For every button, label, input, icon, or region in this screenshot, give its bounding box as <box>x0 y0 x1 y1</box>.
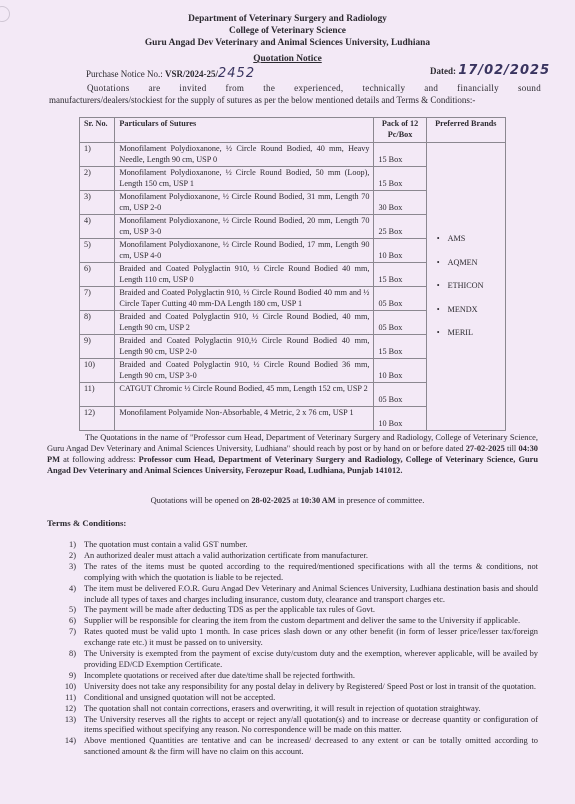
term-item: 10)University does not take any responsi… <box>58 682 538 693</box>
preferred-brands-cell: AMSAQMENETHICONMENDXMERIL <box>426 143 505 431</box>
table-row: 1)Monofilament Polydioxanone, ½ Circle R… <box>80 143 506 167</box>
letterhead: Department of Veterinary Surgery and Rad… <box>0 13 575 49</box>
term-number: 1) <box>58 540 84 551</box>
term-item: 13)The University reserves all the right… <box>58 715 538 737</box>
purchase-notice-number: Purchase Notice No.: VSR/2024-25/2452 <box>86 66 255 81</box>
term-text: The item must be delivered F.O.R. Guru A… <box>84 584 538 606</box>
term-text: Above mentioned Quantities are tentative… <box>84 736 538 758</box>
dated-label: Dated: <box>430 66 458 76</box>
row-sr-no: 8) <box>80 311 115 335</box>
row-sr-no: 3) <box>80 191 115 215</box>
row-pack: 25 Box <box>374 215 426 239</box>
term-item: 3)The rates of the items must be quoted … <box>58 562 538 584</box>
row-sr-no: 11) <box>80 383 115 407</box>
sutures-table: Sr. No. Particulars of Sutures Pack of 1… <box>79 117 506 431</box>
term-text: The quotation must contain a valid GST n… <box>84 540 538 551</box>
submission-text-2: till <box>505 444 519 453</box>
brand-item: AMS <box>437 234 501 245</box>
row-sr-no: 2) <box>80 167 115 191</box>
term-text: Incomplete quotations or received after … <box>84 671 538 682</box>
opening-text-1: Quotations will be opened on <box>151 496 252 505</box>
purchase-notice-prefix: VSR/2024-25/ <box>165 69 218 79</box>
term-number: 6) <box>58 616 84 627</box>
row-sr-no: 12) <box>80 407 115 431</box>
term-item: 6)Supplier will be responsible for clear… <box>58 616 538 627</box>
terms-list: 1)The quotation must contain a valid GST… <box>58 540 538 758</box>
term-text: The University reserves all the rights t… <box>84 715 538 737</box>
row-pack: 15 Box <box>374 167 426 191</box>
term-number: 4) <box>58 584 84 606</box>
row-pack: 10 Box <box>374 239 426 263</box>
term-text: An authorized dealer must attach a valid… <box>84 551 538 562</box>
term-item: 1)The quotation must contain a valid GST… <box>58 540 538 551</box>
row-particulars: Braided and Coated Polyglactin 910, ½ Ci… <box>115 263 374 287</box>
row-particulars: Braided and Coated Polyglactin 910,½ Cir… <box>115 335 374 359</box>
university-name: Guru Angad Dev Veterinary and Animal Sci… <box>0 37 575 49</box>
row-sr-no: 1) <box>80 143 115 167</box>
intro-paragraph: Quotations are invited from the experien… <box>49 82 541 106</box>
row-particulars: Braided and Coated Polyglactin 910, ½ Ci… <box>115 359 374 383</box>
row-sr-no: 7) <box>80 287 115 311</box>
row-particulars: Monofilament Polydioxanone, ½ Circle Rou… <box>115 215 374 239</box>
term-text: Rates quoted must be valid upto 1 month.… <box>84 627 538 649</box>
intro-line-1: Quotations are invited from the experien… <box>49 82 541 94</box>
opening-date: 28-02-2025 <box>251 496 290 505</box>
term-item: 5)The payment will be made after deducti… <box>58 605 538 616</box>
purchase-notice-handwritten: 2452 <box>218 66 255 81</box>
term-text: University does not take any responsibil… <box>84 682 538 693</box>
term-text: The University is exempted from the paym… <box>84 649 538 671</box>
header-pack: Pack of 12 Pc/Box <box>374 118 426 143</box>
term-number: 12) <box>58 704 84 715</box>
row-particulars: CATGUT Chromic ½ Circle Round Bodied, 45… <box>115 383 374 407</box>
term-item: 9)Incomplete quotations or received afte… <box>58 671 538 682</box>
term-number: 8) <box>58 649 84 671</box>
submission-paragraph: The Quotations in the name of "Professor… <box>47 432 538 476</box>
row-particulars: Monofilament Polydioxanone, ½ Circle Rou… <box>115 167 374 191</box>
row-pack: 10 Box <box>374 407 426 431</box>
row-particulars: Braided and Coated Polyglactin 910, ½ Ci… <box>115 287 374 311</box>
term-item: 11)Conditional and unsigned quotation wi… <box>58 693 538 704</box>
term-number: 14) <box>58 736 84 758</box>
college-name: College of Veterinary Science <box>0 25 575 37</box>
department-name: Department of Veterinary Surgery and Rad… <box>0 13 575 25</box>
header-sr-no: Sr. No. <box>80 118 115 143</box>
intro-line-2: manufacturers/dealers/stockiest for the … <box>49 94 541 106</box>
row-particulars: Monofilament Polydioxanone, ½ Circle Rou… <box>115 143 374 167</box>
term-text: The quotation shall not contain correcti… <box>84 704 538 715</box>
term-number: 2) <box>58 551 84 562</box>
row-pack: 05 Box <box>374 287 426 311</box>
term-item: 4)The item must be delivered F.O.R. Guru… <box>58 584 538 606</box>
term-item: 14)Above mentioned Quantities are tentat… <box>58 736 538 758</box>
row-pack: 10 Box <box>374 359 426 383</box>
opening-time: 10:30 AM <box>301 496 336 505</box>
header-particulars: Particulars of Sutures <box>115 118 374 143</box>
term-item: 8)The University is exempted from the pa… <box>58 649 538 671</box>
opening-text-3: in presence of committee. <box>336 496 425 505</box>
row-sr-no: 6) <box>80 263 115 287</box>
term-text: The rates of the items must be quoted ac… <box>84 562 538 584</box>
table-header-row: Sr. No. Particulars of Sutures Pack of 1… <box>80 118 506 143</box>
term-number: 5) <box>58 605 84 616</box>
row-particulars: Monofilament Polyamide Non-Absorbable, 4… <box>115 407 374 431</box>
terms-heading: Terms & Conditions: <box>47 518 126 528</box>
opening-notice: Quotations will be opened on 28-02-2025 … <box>0 496 575 505</box>
row-particulars: Monofilament Polydioxanone, ½ Circle Rou… <box>115 191 374 215</box>
row-pack: 15 Box <box>374 263 426 287</box>
term-text: Conditional and unsigned quotation will … <box>84 693 538 704</box>
term-text: The payment will be made after deducting… <box>84 605 538 616</box>
row-sr-no: 5) <box>80 239 115 263</box>
row-pack: 30 Box <box>374 191 426 215</box>
brand-item: MENDX <box>437 305 501 316</box>
notice-date: Dated: 17/02/2025 <box>430 63 550 78</box>
header-brands: Preferred Brands <box>426 118 505 143</box>
opening-text-2: at <box>290 496 300 505</box>
term-number: 11) <box>58 693 84 704</box>
brand-item: MERIL <box>437 328 501 339</box>
row-sr-no: 4) <box>80 215 115 239</box>
term-number: 3) <box>58 562 84 584</box>
term-number: 7) <box>58 627 84 649</box>
purchase-notice-label: Purchase Notice No.: <box>86 69 165 79</box>
row-pack: 05 Box <box>374 311 426 335</box>
term-number: 10) <box>58 682 84 693</box>
submission-text-1: The Quotations in the name of "Professor… <box>47 433 538 453</box>
brand-item: AQMEN <box>437 258 501 269</box>
row-particulars: Monofilament Polydioxanone, ½ Circle Rou… <box>115 239 374 263</box>
deadline-date: 27-02-2025 <box>466 444 505 453</box>
row-particulars: Braided and Coated Polyglactin 910, ½ Ci… <box>115 311 374 335</box>
dated-handwritten: 17/02/2025 <box>458 63 550 78</box>
row-sr-no: 10) <box>80 359 115 383</box>
term-item: 7)Rates quoted must be valid upto 1 mont… <box>58 627 538 649</box>
submission-text-3: at following address: <box>60 455 139 464</box>
row-sr-no: 9) <box>80 335 115 359</box>
brand-item: ETHICON <box>437 281 501 292</box>
term-number: 13) <box>58 715 84 737</box>
row-pack: 05 Box <box>374 383 426 407</box>
row-pack: 15 Box <box>374 335 426 359</box>
term-item: 2)An authorized dealer must attach a val… <box>58 551 538 562</box>
term-text: Supplier will be responsible for clearin… <box>84 616 538 627</box>
term-number: 9) <box>58 671 84 682</box>
row-pack: 15 Box <box>374 143 426 167</box>
term-item: 12)The quotation shall not contain corre… <box>58 704 538 715</box>
